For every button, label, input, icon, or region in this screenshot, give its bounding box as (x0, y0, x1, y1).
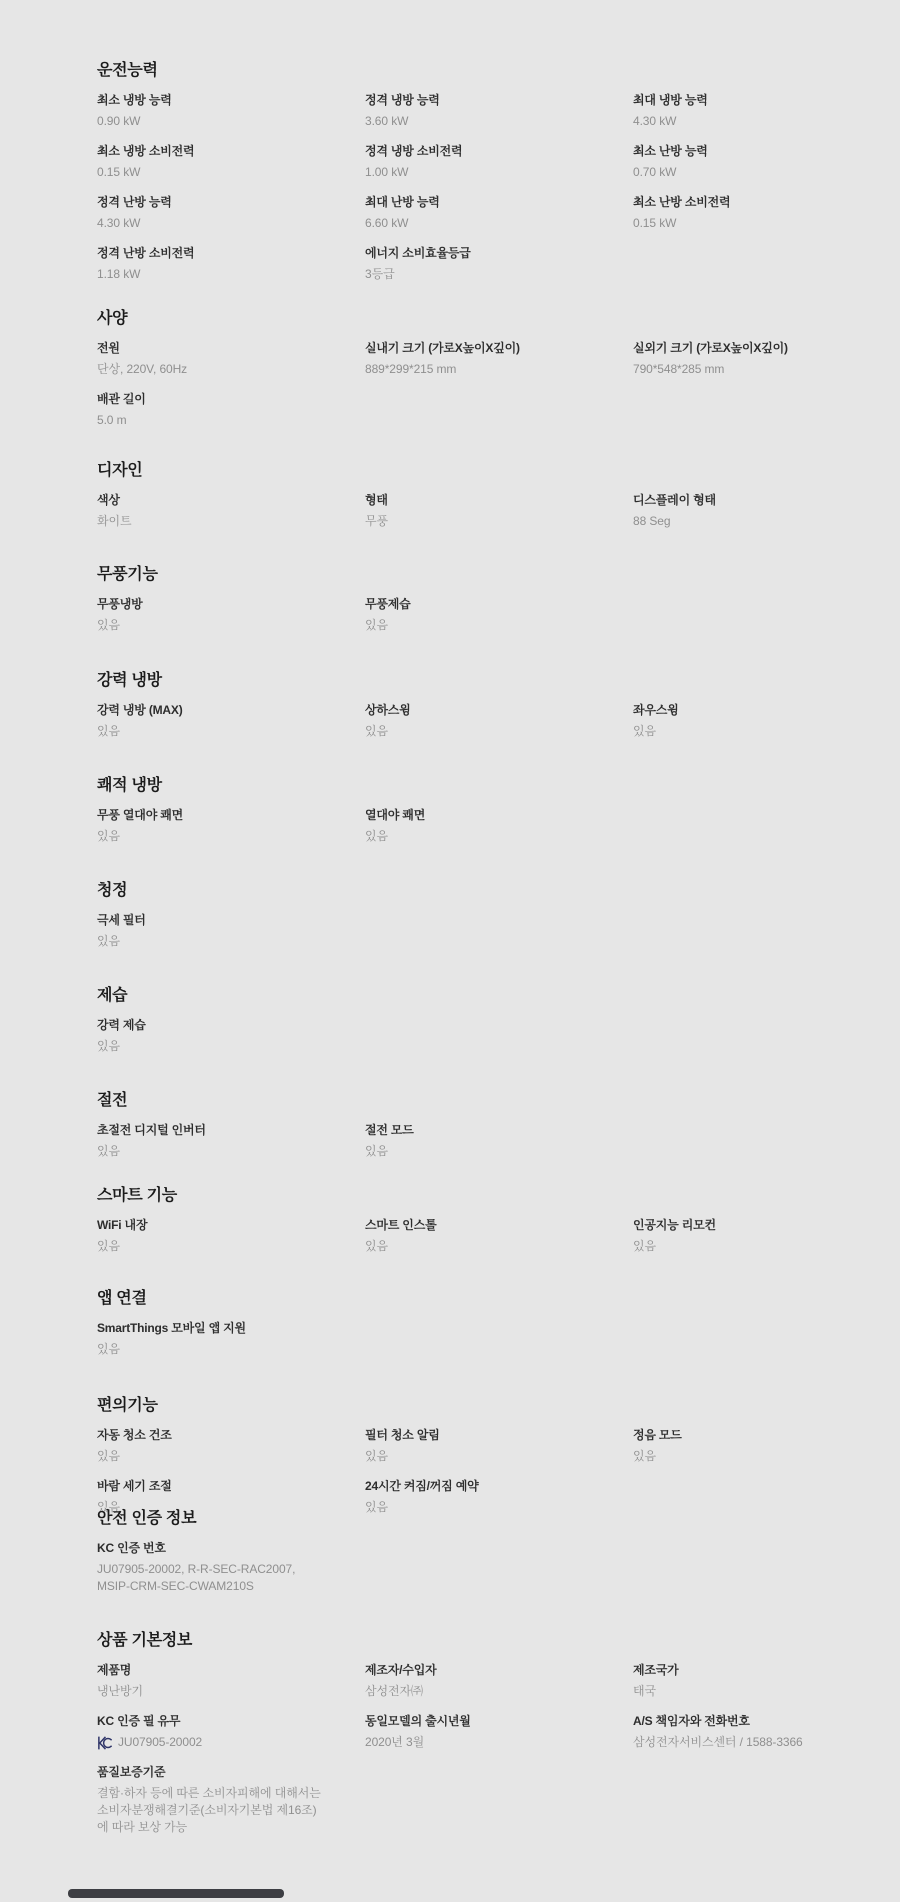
section-title: 상품 기본정보 (97, 1630, 900, 1652)
spec-value: 있음 (633, 723, 900, 740)
spec-value-text: 있음 (97, 1239, 120, 1253)
spec-item: 극세 필터있음 (97, 912, 365, 950)
spec-value: 있음 (365, 828, 633, 845)
spec-label: 제품명 (97, 1662, 365, 1679)
spec-item: 강력 제습있음 (97, 1017, 365, 1055)
spec-item: 최소 냉방 소비전력0.15 kW (97, 143, 365, 181)
spec-section: 쾌적 냉방무풍 열대야 쾌면있음열대야 쾌면있음 (97, 775, 900, 858)
spec-value-text: 있음 (633, 1449, 656, 1463)
spec-value-text: 있음 (365, 829, 388, 843)
spec-label: 강력 냉방 (MAX) (97, 702, 365, 719)
section-title: 스마트 기능 (97, 1185, 900, 1207)
section-title: 사양 (97, 308, 900, 330)
spec-label: 형태 (365, 492, 633, 509)
spec-item: 최대 냉방 능력4.30 kW (633, 92, 900, 130)
spec-value: 3.60 kW (365, 113, 633, 130)
spec-item: 실외기 크기 (가로X높이X깊이)790*548*285 mm (633, 340, 900, 378)
spec-item: 전원단상, 220V, 60Hz (97, 340, 365, 378)
spec-value: 0.15 kW (633, 215, 900, 232)
spec-label: 색상 (97, 492, 365, 509)
spec-value: 냉난방기 (97, 1683, 365, 1700)
spec-section: 앱 연결SmartThings 모바일 앱 지원있음 (97, 1288, 900, 1371)
spec-section: 운전능력최소 냉방 능력0.90 kW정격 냉방 능력3.60 kW최대 냉방 … (97, 60, 900, 296)
spec-value-text: 4.30 kW (633, 114, 676, 128)
spec-grid: 제품명냉난방기제조자/수입자삼성전자㈜제조국가태국KC 인증 필 유무JU079… (97, 1662, 900, 1849)
spec-value-text: 삼성전자㈜ (365, 1684, 423, 1698)
spec-label: 바람 세기 조절 (97, 1478, 365, 1495)
spec-value: 있음 (97, 933, 365, 950)
spec-label: 제조자/수입자 (365, 1662, 633, 1679)
spec-value: 화이트 (97, 513, 365, 530)
spec-value: 삼성전자서비스센터 / 1588-3366 (633, 1734, 900, 1751)
spec-value: 있음 (633, 1238, 900, 1255)
spec-value: 있음 (365, 617, 633, 634)
spec-label: 스마트 인스톨 (365, 1217, 633, 1234)
spec-section: 사양전원단상, 220V, 60Hz실내기 크기 (가로X높이X깊이)889*2… (97, 308, 900, 442)
spec-value-text: 있음 (97, 1449, 120, 1463)
spec-label: 24시간 켜짐/꺼짐 예약 (365, 1478, 633, 1495)
section-title: 디자인 (97, 460, 900, 482)
spec-grid: 강력 냉방 (MAX)있음상하스윙있음좌우스윙있음 (97, 702, 900, 753)
spec-label: 최대 난방 능력 (365, 194, 633, 211)
spec-item: 색상화이트 (97, 492, 365, 530)
spec-section: 강력 냉방강력 냉방 (MAX)있음상하스윙있음좌우스윙있음 (97, 670, 900, 753)
spec-value-text: 있음 (365, 724, 388, 738)
spec-value: 있음 (97, 828, 365, 845)
spec-item: 무풍 열대야 쾌면있음 (97, 807, 365, 845)
spec-section: 절전초절전 디지털 인버터있음절전 모드있음 (97, 1090, 900, 1173)
spec-value: JU07905-20002, R-R-SEC-RAC2007, MSIP-CRM… (97, 1561, 365, 1595)
spec-value: 있음 (97, 617, 365, 634)
spec-section: 스마트 기능WiFi 내장있음스마트 인스톨있음인공지능 리모컨있음 (97, 1185, 900, 1268)
spec-label: 정음 모드 (633, 1427, 900, 1444)
spec-value: 있음 (97, 1038, 365, 1055)
spec-label: 실외기 크기 (가로X높이X깊이) (633, 340, 900, 357)
spec-item: 동일모델의 출시년월2020년 3월 (365, 1713, 633, 1751)
spec-value-text: 있음 (97, 829, 120, 843)
spec-item: 절전 모드있음 (365, 1122, 633, 1160)
spec-value: 5.0 m (97, 412, 365, 429)
spec-value-text: JU07905-20002, R-R-SEC-RAC2007, MSIP-CRM… (97, 1562, 295, 1593)
spec-label: 정격 난방 소비전력 (97, 245, 365, 262)
spec-value: 있음 (97, 723, 365, 740)
spec-item: 강력 냉방 (MAX)있음 (97, 702, 365, 740)
spec-item: 최소 난방 능력0.70 kW (633, 143, 900, 181)
spec-value: 있음 (365, 1238, 633, 1255)
spec-value: 790*548*285 mm (633, 361, 900, 378)
spec-item: 에너지 소비효율등급3등급 (365, 245, 633, 283)
spec-value-text: 냉난방기 (97, 1684, 143, 1698)
spec-value: JU07905-20002 (97, 1734, 365, 1751)
spec-value-text: 1.18 kW (97, 267, 140, 281)
spec-value-text: 6.60 kW (365, 216, 408, 230)
spec-item: 무풍냉방있음 (97, 596, 365, 634)
spec-item: 무풍제습있음 (365, 596, 633, 634)
footer-bar-partial (68, 1889, 284, 1898)
spec-item: 제조국가태국 (633, 1662, 900, 1700)
spec-item: 상하스윙있음 (365, 702, 633, 740)
spec-item: 정격 냉방 소비전력1.00 kW (365, 143, 633, 181)
spec-value-text: 3.60 kW (365, 114, 408, 128)
spec-label: 극세 필터 (97, 912, 365, 929)
spec-grid: KC 인증 번호JU07905-20002, R-R-SEC-RAC2007, … (97, 1540, 900, 1608)
spec-label: 최소 난방 소비전력 (633, 194, 900, 211)
spec-label: A/S 책임자와 전화번호 (633, 1713, 900, 1730)
spec-item: 정음 모드있음 (633, 1427, 900, 1465)
spec-item: 제품명냉난방기 (97, 1662, 365, 1700)
spec-value: 6.60 kW (365, 215, 633, 232)
section-title: 절전 (97, 1090, 900, 1112)
spec-value: 있음 (365, 723, 633, 740)
spec-item: 최소 난방 소비전력0.15 kW (633, 194, 900, 232)
spec-grid: 극세 필터있음 (97, 912, 900, 963)
spec-item: 최대 난방 능력6.60 kW (365, 194, 633, 232)
section-title: 강력 냉방 (97, 670, 900, 692)
spec-value: 4.30 kW (97, 215, 365, 232)
spec-value-text: 있음 (633, 724, 656, 738)
spec-section: 안전 인증 정보KC 인증 번호JU07905-20002, R-R-SEC-R… (97, 1508, 900, 1608)
spec-grid: 강력 제습있음 (97, 1017, 900, 1068)
spec-value: 있음 (97, 1448, 365, 1465)
spec-item: 형태무풍 (365, 492, 633, 530)
spec-label: 배관 길이 (97, 391, 365, 408)
spec-item: 열대야 쾌면있음 (365, 807, 633, 845)
spec-value-text: 4.30 kW (97, 216, 140, 230)
spec-grid: 무풍 열대야 쾌면있음열대야 쾌면있음 (97, 807, 900, 858)
spec-value-text: 5.0 m (97, 413, 127, 427)
spec-value-text: 1.00 kW (365, 165, 408, 179)
spec-value-text: 있음 (97, 724, 120, 738)
spec-value-text: 889*299*215 mm (365, 362, 456, 376)
spec-label: 강력 제습 (97, 1017, 365, 1034)
spec-section: 청정극세 필터있음 (97, 880, 900, 963)
spec-value-text: 있음 (365, 618, 388, 632)
spec-value-text: 0.15 kW (633, 216, 676, 230)
spec-label: 최소 냉방 능력 (97, 92, 365, 109)
spec-label: 무풍 열대야 쾌면 (97, 807, 365, 824)
spec-label: SmartThings 모바일 앱 지원 (97, 1320, 365, 1337)
section-title: 운전능력 (97, 60, 900, 82)
spec-section: 무풍기능무풍냉방있음무풍제습있음 (97, 564, 900, 647)
spec-label: 무풍제습 (365, 596, 633, 613)
spec-label: 초절전 디지털 인버터 (97, 1122, 365, 1139)
spec-label: 품질보증기준 (97, 1764, 365, 1781)
spec-value: 1.00 kW (365, 164, 633, 181)
spec-value-text: 있음 (365, 1239, 388, 1253)
spec-item: 스마트 인스톨있음 (365, 1217, 633, 1255)
kc-certification-icon (97, 1736, 112, 1750)
spec-label: 필터 청소 알림 (365, 1427, 633, 1444)
spec-value: 있음 (633, 1448, 900, 1465)
spec-label: KC 인증 번호 (97, 1540, 365, 1557)
spec-value-text: 있음 (365, 1144, 388, 1158)
spec-grid: 전원단상, 220V, 60Hz실내기 크기 (가로X높이X깊이)889*299… (97, 340, 900, 442)
section-title: 쾌적 냉방 (97, 775, 900, 797)
section-title: 편의기능 (97, 1395, 900, 1417)
spec-value-text: 88 Seg (633, 514, 670, 528)
spec-label: 인공지능 리모컨 (633, 1217, 900, 1234)
spec-value: 4.30 kW (633, 113, 900, 130)
spec-label: 정격 난방 능력 (97, 194, 365, 211)
spec-value-text: 무풍 (365, 514, 388, 528)
spec-item: 필터 청소 알림있음 (365, 1427, 633, 1465)
spec-label: 최소 냉방 소비전력 (97, 143, 365, 160)
spec-item: 인공지능 리모컨있음 (633, 1217, 900, 1255)
spec-value: 889*299*215 mm (365, 361, 633, 378)
spec-label: 동일모델의 출시년월 (365, 1713, 633, 1730)
spec-value-text: 있음 (633, 1239, 656, 1253)
spec-label: 최대 냉방 능력 (633, 92, 900, 109)
spec-label: 열대야 쾌면 (365, 807, 633, 824)
section-title: 청정 (97, 880, 900, 902)
spec-item: 최소 냉방 능력0.90 kW (97, 92, 365, 130)
spec-value: 있음 (365, 1143, 633, 1160)
spec-item: WiFi 내장있음 (97, 1217, 365, 1255)
spec-label: 제조국가 (633, 1662, 900, 1679)
spec-section: 디자인색상화이트형태무풍디스플레이 형태88 Seg (97, 460, 900, 543)
spec-label: 실내기 크기 (가로X높이X깊이) (365, 340, 633, 357)
spec-label: 무풍냉방 (97, 596, 365, 613)
spec-item: 자동 청소 건조있음 (97, 1427, 365, 1465)
spec-value: 0.70 kW (633, 164, 900, 181)
spec-item: A/S 책임자와 전화번호삼성전자서비스센터 / 1588-3366 (633, 1713, 900, 1751)
spec-item: KC 인증 번호JU07905-20002, R-R-SEC-RAC2007, … (97, 1540, 365, 1595)
spec-value: 1.18 kW (97, 266, 365, 283)
spec-item: 정격 냉방 능력3.60 kW (365, 92, 633, 130)
spec-value: 태국 (633, 1683, 900, 1700)
spec-item: KC 인증 필 유무JU07905-20002 (97, 1713, 365, 1751)
section-title: 안전 인증 정보 (97, 1508, 900, 1530)
spec-section: 제습강력 제습있음 (97, 985, 900, 1068)
spec-label: 최소 난방 능력 (633, 143, 900, 160)
spec-item: 정격 난방 능력4.30 kW (97, 194, 365, 232)
spec-label: 상하스윙 (365, 702, 633, 719)
spec-label: 디스플레이 형태 (633, 492, 900, 509)
section-title: 제습 (97, 985, 900, 1007)
spec-value: 결함·하자 등에 따른 소비자피해에 대해서는 소비자분쟁해결기준(소비자기본법… (97, 1785, 365, 1836)
spec-item: 정격 난방 소비전력1.18 kW (97, 245, 365, 283)
spec-value-text: 2020년 3월 (365, 1735, 424, 1749)
spec-section: 상품 기본정보제품명냉난방기제조자/수입자삼성전자㈜제조국가태국KC 인증 필 … (97, 1630, 900, 1849)
spec-value: 0.15 kW (97, 164, 365, 181)
section-title: 무풍기능 (97, 564, 900, 586)
spec-item: 실내기 크기 (가로X높이X깊이)889*299*215 mm (365, 340, 633, 378)
spec-grid: SmartThings 모바일 앱 지원있음 (97, 1320, 900, 1371)
spec-value-text: 0.90 kW (97, 114, 140, 128)
spec-value: 있음 (97, 1341, 365, 1358)
spec-value: 삼성전자㈜ (365, 1683, 633, 1700)
spec-value: 단상, 220V, 60Hz (97, 361, 365, 378)
spec-value-text: 단상, 220V, 60Hz (97, 362, 187, 376)
spec-value-text: 있음 (97, 1144, 120, 1158)
spec-value: 88 Seg (633, 513, 900, 530)
spec-value: 3등급 (365, 266, 633, 283)
spec-value-text: 있음 (365, 1449, 388, 1463)
spec-label: KC 인증 필 유무 (97, 1713, 365, 1730)
spec-label: 절전 모드 (365, 1122, 633, 1139)
spec-value: 있음 (97, 1238, 365, 1255)
spec-item: SmartThings 모바일 앱 지원있음 (97, 1320, 365, 1358)
spec-label: 자동 청소 건조 (97, 1427, 365, 1444)
section-title: 앱 연결 (97, 1288, 900, 1310)
spec-item: 좌우스윙있음 (633, 702, 900, 740)
spec-value-text: 결함·하자 등에 따른 소비자피해에 대해서는 소비자분쟁해결기준(소비자기본법… (97, 1786, 321, 1834)
spec-label: WiFi 내장 (97, 1217, 365, 1234)
spec-item: 제조자/수입자삼성전자㈜ (365, 1662, 633, 1700)
spec-label: 전원 (97, 340, 365, 357)
spec-grid: 무풍냉방있음무풍제습있음 (97, 596, 900, 647)
spec-item: 배관 길이5.0 m (97, 391, 365, 429)
spec-value-text: 있음 (97, 618, 120, 632)
spec-value: 있음 (365, 1448, 633, 1465)
spec-value: 0.90 kW (97, 113, 365, 130)
spec-grid: WiFi 내장있음스마트 인스톨있음인공지능 리모컨있음 (97, 1217, 900, 1268)
spec-value-text: 있음 (97, 1342, 120, 1356)
spec-value-text: 태국 (633, 1684, 656, 1698)
spec-value-text: 있음 (97, 934, 120, 948)
spec-label: 에너지 소비효율등급 (365, 245, 633, 262)
spec-value-text: 0.15 kW (97, 165, 140, 179)
spec-value-text: 삼성전자서비스센터 / 1588-3366 (633, 1735, 803, 1749)
spec-item: 품질보증기준결함·하자 등에 따른 소비자피해에 대해서는 소비자분쟁해결기준(… (97, 1764, 365, 1836)
spec-value: 있음 (97, 1143, 365, 1160)
spec-grid: 초절전 디지털 인버터있음절전 모드있음 (97, 1122, 900, 1173)
spec-value: 무풍 (365, 513, 633, 530)
spec-value-text: JU07905-20002 (118, 1734, 202, 1751)
spec-value-text: 3등급 (365, 267, 395, 281)
spec-grid: 최소 냉방 능력0.90 kW정격 냉방 능력3.60 kW최대 냉방 능력4.… (97, 92, 900, 296)
spec-label: 정격 냉방 소비전력 (365, 143, 633, 160)
spec-value: 2020년 3월 (365, 1734, 633, 1751)
spec-value-text: 0.70 kW (633, 165, 676, 179)
spec-grid: 색상화이트형태무풍디스플레이 형태88 Seg (97, 492, 900, 543)
spec-label: 좌우스윙 (633, 702, 900, 719)
spec-value-text: 화이트 (97, 514, 131, 528)
spec-value-text: 790*548*285 mm (633, 362, 724, 376)
spec-label: 정격 냉방 능력 (365, 92, 633, 109)
spec-item: 초절전 디지털 인버터있음 (97, 1122, 365, 1160)
spec-item: 디스플레이 형태88 Seg (633, 492, 900, 530)
spec-value-text: 있음 (97, 1039, 120, 1053)
